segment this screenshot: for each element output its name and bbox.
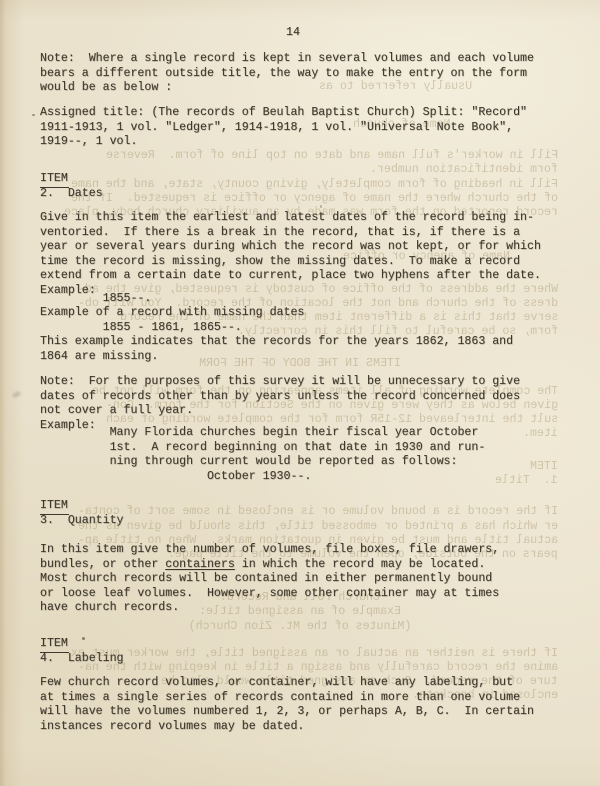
dates-example-current: 1855--. (40, 292, 151, 307)
bleedthrough-line: 1. Title (495, 474, 558, 489)
bleedthrough-line: (Minutes of the Mt. Zion Church) (189, 620, 412, 635)
dates-example-missing: Example of a record with missing dates 1… (40, 306, 513, 364)
paper-smudge (11, 390, 21, 398)
item-3-body: In this item give the number of volumes,… (40, 543, 499, 616)
bleedthrough-line: of the church where the name of agency o… (71, 192, 558, 207)
item-3-title: 3. Quantity (40, 514, 124, 529)
paper-speck (32, 114, 35, 116)
bleedthrough-line: item. (523, 427, 558, 442)
item-2-title: 2. Dates (40, 187, 103, 202)
bleedthrough-line: form identification number. (370, 163, 558, 178)
item-2-heading: ITEM (40, 172, 69, 188)
page-number: 14 (0, 26, 586, 41)
bleedthrough-line: ITEM (530, 460, 558, 475)
item-4-title: 4. Labeling (40, 652, 124, 667)
dates-note-paragraph: Note: For the purposes of this survey it… (40, 375, 520, 433)
assigned-title-paragraph: Assigned title: (The records of Beulah B… (40, 106, 527, 150)
item-4-body: Few church record volumes, or container,… (40, 676, 534, 734)
item-3-heading: ITEM (40, 499, 69, 515)
item-2-heading-label: ITEM (40, 172, 69, 188)
scanned-document-page: Usually referred to asName of churchFill… (0, 0, 600, 786)
item-3-underlined-word: containers (165, 558, 235, 571)
item-4-heading-label: ITEM (40, 637, 69, 653)
item-2-body: Give in this item the earliest and lates… (40, 211, 541, 298)
bleedthrough-line: amine the record carefully and assign a … (78, 661, 558, 676)
bleedthrough-line: If the record is a bound volume or is en… (78, 505, 558, 520)
bleedthrough-line: If there is neither an actual or an assi… (64, 647, 558, 662)
bleedthrough-line: Fill in heading of form completely, givi… (71, 178, 558, 193)
paper-speck (320, 205, 322, 208)
note-paragraph: Note: Where a single record is kept in s… (40, 52, 534, 96)
paper-speck (82, 637, 85, 640)
bleedthrough-line: er which has a printed or embossed title… (78, 520, 558, 535)
bleedthrough-line: Fill in worker's full name and date on t… (106, 149, 558, 164)
item-4-heading: ITEM (40, 637, 69, 653)
item-3-heading-label: ITEM (40, 499, 69, 515)
fiscal-year-example: Many Florida churches begin their fiscal… (40, 426, 485, 484)
